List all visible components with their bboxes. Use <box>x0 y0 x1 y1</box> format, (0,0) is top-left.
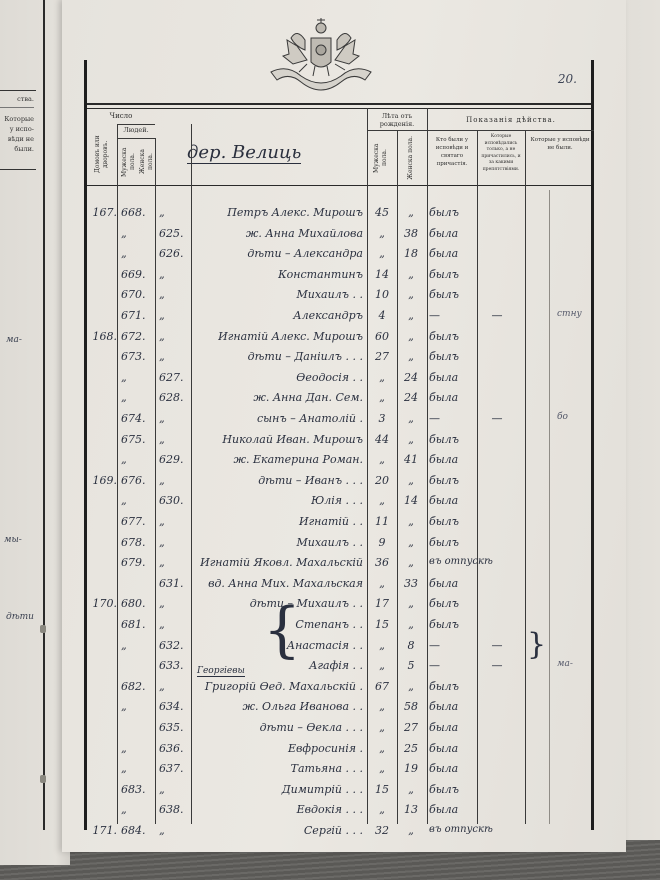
header-col-age-male-label: Мужеска пола. <box>373 136 389 180</box>
age-male: „ <box>371 803 393 816</box>
house-number: 170. <box>87 597 117 610</box>
female-count: „ <box>159 824 191 837</box>
table-row: 168.672.„Игнатій Алекс. Мирошъ60„былъ <box>87 330 597 350</box>
age-male: 4 <box>371 309 393 322</box>
age-female: „ <box>399 783 423 796</box>
age-male: „ <box>371 762 393 775</box>
female-count: „ <box>159 474 191 487</box>
confession-status: былъ <box>425 268 477 281</box>
age-female: „ <box>399 618 423 631</box>
confession-status: была <box>425 247 477 260</box>
male-count: 668. <box>121 206 155 219</box>
age-female: „ <box>399 433 423 446</box>
table-row: 674.„сынъ – Анатолій .3„——бо <box>87 412 597 432</box>
table-row: 171.684.„Сергій . . .32„въ отпускѣ <box>87 824 597 844</box>
male-count: 672. <box>121 330 155 343</box>
age-female: 19 <box>399 762 423 775</box>
table-row: 170.680.„дѣти – Михаилъ . .17„былъ <box>87 597 597 617</box>
person-name: Игнатій . . <box>191 515 367 528</box>
age-male: „ <box>371 453 393 466</box>
age-male: „ <box>371 391 393 404</box>
male-count: „ <box>121 742 155 755</box>
header-col-male-label: Мужеска пола. <box>121 142 137 182</box>
house-number: 168. <box>87 330 117 343</box>
age-female: „ <box>399 680 423 693</box>
confession-status: была <box>425 371 477 384</box>
header-divider <box>427 130 594 131</box>
confession-status: была <box>425 803 477 816</box>
female-count: „ <box>159 536 191 549</box>
female-count: 633. <box>159 659 191 672</box>
age-male: „ <box>371 700 393 713</box>
age-female: 58 <box>399 700 423 713</box>
person-name: Димитрій . . . <box>191 783 367 796</box>
age-female: 24 <box>399 391 423 404</box>
female-count: „ <box>159 680 191 693</box>
age-male: „ <box>371 721 393 734</box>
age-female: 14 <box>399 494 423 507</box>
table-row: 167.668.„Петръ Алекс. Мирошъ45„былъ <box>87 206 597 226</box>
table-row: „634.ж. Ольга Иванова . .„58была <box>87 700 597 720</box>
person-name: ж. Анна Дан. Сем. <box>191 391 367 404</box>
female-count: 626. <box>159 247 191 260</box>
age-female: „ <box>399 556 423 569</box>
female-count: „ <box>159 412 191 425</box>
age-female: „ <box>399 824 423 837</box>
female-count: „ <box>159 433 191 446</box>
header-people-group: Людей. <box>117 126 155 134</box>
person-name: Александръ <box>191 309 367 322</box>
age-male: „ <box>371 371 393 384</box>
age-female: 18 <box>399 247 423 260</box>
confession-status: былъ <box>425 433 477 446</box>
person-name: вд. Анна Мих. Махальская <box>191 577 367 590</box>
male-count: 673. <box>121 350 155 363</box>
confession-status: была <box>425 721 477 734</box>
table-row: 169.676.„дѣти – Иванъ . . .20„былъ <box>87 474 597 494</box>
confession-status: былъ <box>425 206 477 219</box>
male-count: „ <box>121 639 155 652</box>
age-female: 8 <box>399 639 423 652</box>
house-number: 169. <box>87 474 117 487</box>
male-count: 671. <box>121 309 155 322</box>
female-count: „ <box>159 206 191 219</box>
page-number: 20. <box>558 72 577 86</box>
previous-header-column: Которые у испо- вѣди не были. <box>0 108 34 154</box>
table-row: 631.вд. Анна Мих. Махальская„33была <box>87 577 597 597</box>
age-female: „ <box>399 350 423 363</box>
person-name: дѣти – Даніилъ . . . <box>191 350 367 363</box>
confession-status: былъ <box>425 350 477 363</box>
confession-status: — <box>425 309 477 322</box>
house-number: 167. <box>87 206 117 219</box>
male-count: „ <box>121 391 155 404</box>
village-title: дер. Велиць <box>187 142 301 164</box>
header-col-female: Женска пола. <box>139 142 153 182</box>
header-col-age-female: Женска пола. <box>401 136 421 180</box>
female-count: „ <box>159 268 191 281</box>
male-count: 674. <box>121 412 155 425</box>
header-action-group: Показанія дѣйства. <box>429 116 593 124</box>
age-male: 3 <box>371 412 393 425</box>
age-male: „ <box>371 227 393 240</box>
table-row: 633.Агафія . .„5——ма- <box>87 659 597 679</box>
person-name: Константинъ <box>191 268 367 281</box>
person-name: Игнатій Яковл. Махальскій <box>191 556 367 569</box>
age-male: 20 <box>371 474 393 487</box>
table-row: „638.Евдокія . . .„13была <box>87 803 597 823</box>
confession-status: — <box>425 412 477 425</box>
person-name: ж. Ольга Иванова . . <box>191 700 367 713</box>
female-count: 635. <box>159 721 191 734</box>
female-count: 632. <box>159 639 191 652</box>
person-name: ж. Анна Михайлова <box>191 227 367 240</box>
female-count: „ <box>159 556 191 569</box>
person-name: Юлія . . . <box>191 494 367 507</box>
table-row: 682.„Григорій Өед. Махальскій .67„былъ <box>87 680 597 700</box>
confession-status: былъ <box>425 597 477 610</box>
age-male: „ <box>371 639 393 652</box>
previous-page-note: мы- <box>4 535 22 545</box>
confession-status: въ отпускѣ <box>425 824 477 835</box>
table-row: „636.Евфросинія .„25была <box>87 742 597 762</box>
male-count: 675. <box>121 433 155 446</box>
age-male: „ <box>371 659 393 672</box>
header-age-group: Лѣта отъ рожденія. <box>367 112 427 128</box>
table-row: 679.„Игнатій Яковл. Махальскій36„въ отпу… <box>87 556 597 576</box>
header-col-house-label: Домовъ или дворовъ. <box>94 128 110 180</box>
age-male: „ <box>371 247 393 260</box>
previous-header-fragment: ства. <box>0 91 34 108</box>
header-col-not-confessed: Которые у исповѣди не были. <box>529 136 591 152</box>
age-female: „ <box>399 474 423 487</box>
person-name: Петръ Алекс. Мирошъ <box>191 206 367 219</box>
female-count: 630. <box>159 494 191 507</box>
confessed-only-note: — <box>479 412 515 425</box>
age-male: 9 <box>371 536 393 549</box>
age-female: „ <box>399 597 423 610</box>
table-row: „628.ж. Анна Дан. Сем.„24была <box>87 391 597 411</box>
bracket-surname: Георгіевы <box>197 666 245 677</box>
female-count: 638. <box>159 803 191 816</box>
age-male: 60 <box>371 330 393 343</box>
confession-status: была <box>425 762 477 775</box>
previous-page-edge: ства. Которые у испо- вѣди не были. ма- … <box>0 0 70 865</box>
confession-status: была <box>425 453 477 466</box>
header-divider <box>117 124 155 125</box>
header-divider <box>117 138 155 139</box>
female-count: 629. <box>159 453 191 466</box>
age-female: 38 <box>399 227 423 240</box>
register-table-frame: 20. Число Людей. Домовъ или дворовъ. Муж… <box>84 60 594 830</box>
confession-status: была <box>425 742 477 755</box>
age-male: 15 <box>371 783 393 796</box>
previous-page-note: ма- <box>6 335 22 345</box>
age-male: „ <box>371 742 393 755</box>
header-col-confessed: Кто были у исповѣди и святаго причастія. <box>429 136 475 168</box>
table-row: 683.„Димитрій . . .15„былъ <box>87 783 597 803</box>
margin-note: бо <box>557 412 568 422</box>
person-name: дѣти – Иванъ . . . <box>191 474 367 487</box>
female-count: „ <box>159 330 191 343</box>
person-name: Евфросинія . <box>191 742 367 755</box>
age-male: 17 <box>371 597 393 610</box>
male-count: 681. <box>121 618 155 631</box>
person-name: дѣти – Александра <box>191 247 367 260</box>
age-female: „ <box>399 268 423 281</box>
female-count: „ <box>159 618 191 631</box>
brace-icon: } <box>527 630 546 660</box>
table-header: Число Людей. Домовъ или дворовъ. Мужеска… <box>87 108 591 186</box>
header-col-age-male: Мужеска пола. <box>371 136 391 180</box>
age-female: 41 <box>399 453 423 466</box>
header-col-house: Домовъ или дворовъ. <box>91 128 113 180</box>
table-row: 670.„Михаилъ . .10„былъ <box>87 288 597 308</box>
person-name: дѣти – Өекла . . . <box>191 721 367 734</box>
age-female: „ <box>399 515 423 528</box>
male-count: 679. <box>121 556 155 569</box>
person-name: Сергій . . . <box>191 824 367 837</box>
age-male: 45 <box>371 206 393 219</box>
age-female: „ <box>399 330 423 343</box>
confession-status: былъ <box>425 330 477 343</box>
person-name: Николай Иван. Мирошъ <box>191 433 367 446</box>
table-row: 671.„Александръ4„——стну <box>87 309 597 329</box>
table-row: 673.„дѣти – Даніилъ . . .27„былъ <box>87 350 597 370</box>
male-count: „ <box>121 494 155 507</box>
previous-page-header: ства. Которые у испо- вѣди не были. <box>0 90 36 170</box>
table-row: „627.Өеодосія . .„24была <box>87 371 597 391</box>
person-name: Григорій Өед. Махальскій . <box>191 680 367 693</box>
male-count: „ <box>121 803 155 816</box>
age-male: 32 <box>371 824 393 837</box>
confession-status: была <box>425 700 477 713</box>
age-male: 11 <box>371 515 393 528</box>
confession-status: былъ <box>425 618 477 631</box>
age-female: 27 <box>399 721 423 734</box>
female-count: 631. <box>159 577 191 590</box>
female-count: 627. <box>159 371 191 384</box>
person-name: Татьяна . . . <box>191 762 367 775</box>
male-count: 682. <box>121 680 155 693</box>
age-male: 10 <box>371 288 393 301</box>
age-female: 13 <box>399 803 423 816</box>
table-row: „630.Юлія . . .„14была <box>87 494 597 514</box>
header-col-male: Мужеска пола. <box>121 142 135 182</box>
confessed-only-note: — <box>479 639 515 652</box>
previous-page-note: дѣти <box>6 612 34 622</box>
binding-stitch-icon <box>40 625 46 633</box>
age-male: 14 <box>371 268 393 281</box>
table-row: 678.„Михаилъ . .9„былъ <box>87 536 597 556</box>
confession-status: была <box>425 577 477 590</box>
age-female: 25 <box>399 742 423 755</box>
previous-page-rule <box>43 0 45 830</box>
age-male: 36 <box>371 556 393 569</box>
age-female: „ <box>399 536 423 549</box>
female-count: „ <box>159 350 191 363</box>
header-double-rule <box>87 103 591 105</box>
age-male: 15 <box>371 618 393 631</box>
table-row: 635.дѣти – Өекла . . .„27была <box>87 721 597 741</box>
table-row: 681.„Степанъ . .15„былъ <box>87 618 597 638</box>
margin-note: стну <box>557 309 582 319</box>
table-row: „637.Татьяна . . .„19была <box>87 762 597 782</box>
header-col-female-label: Женска пола. <box>139 142 155 182</box>
confession-status: была <box>425 391 477 404</box>
female-count: 628. <box>159 391 191 404</box>
header-col-age-female-label: Женска пола. <box>407 136 415 180</box>
confession-status: былъ <box>425 515 477 528</box>
male-count: „ <box>121 453 155 466</box>
confession-status: былъ <box>425 680 477 693</box>
male-count: „ <box>121 762 155 775</box>
table-row: „625.ж. Анна Михайлова„38была <box>87 227 597 247</box>
brace-icon: { <box>263 600 301 660</box>
age-male: „ <box>371 494 393 507</box>
female-count: „ <box>159 288 191 301</box>
person-name: Өеодосія . . <box>191 371 367 384</box>
register-page: 20. Число Людей. Домовъ или дворовъ. Муж… <box>62 0 626 852</box>
male-count: „ <box>121 247 155 260</box>
header-number-group: Число <box>87 112 155 120</box>
confession-status: — <box>425 639 477 652</box>
person-name: Игнатій Алекс. Мирошъ <box>191 330 367 343</box>
age-female: „ <box>399 309 423 322</box>
confession-status: былъ <box>425 536 477 549</box>
male-count: 680. <box>121 597 155 610</box>
person-name: Михаилъ . . <box>191 288 367 301</box>
confession-status: — <box>425 659 477 672</box>
confession-status: былъ <box>425 288 477 301</box>
age-male: „ <box>371 577 393 590</box>
age-female: „ <box>399 288 423 301</box>
female-count: 637. <box>159 762 191 775</box>
male-count: 683. <box>121 783 155 796</box>
age-male: 44 <box>371 433 393 446</box>
age-female: 33 <box>399 577 423 590</box>
person-name: Михаилъ . . <box>191 536 367 549</box>
person-name: ж. Екатерина Роман. <box>191 453 367 466</box>
table-row: 669.„Константинъ14„былъ <box>87 268 597 288</box>
confessed-only-note: — <box>479 659 515 672</box>
table-row: „626.дѣти – Александра„18была <box>87 247 597 267</box>
header-col-confessed-only: Которые исповѣдались только, а не причас… <box>479 134 523 173</box>
male-count: „ <box>121 700 155 713</box>
binding-stitch-icon <box>40 775 46 783</box>
table-row: 677.„Игнатій . .11„былъ <box>87 515 597 535</box>
person-name: Евдокія . . . <box>191 803 367 816</box>
person-name: сынъ – Анатолій . <box>191 412 367 425</box>
male-count: 677. <box>121 515 155 528</box>
confession-status: въ отпускѣ <box>425 556 477 567</box>
age-female: 5 <box>399 659 423 672</box>
age-female: „ <box>399 412 423 425</box>
male-count: „ <box>121 227 155 240</box>
female-count: 636. <box>159 742 191 755</box>
margin-note: ма- <box>557 659 573 669</box>
age-male: 27 <box>371 350 393 363</box>
male-count: 684. <box>121 824 155 837</box>
female-count: 625. <box>159 227 191 240</box>
female-count: „ <box>159 783 191 796</box>
male-count: 670. <box>121 288 155 301</box>
house-number: 171. <box>87 824 117 837</box>
age-female: „ <box>399 206 423 219</box>
confession-status: былъ <box>425 474 477 487</box>
confession-status: была <box>425 227 477 240</box>
table-row: „632.Анастасія . .„8—— <box>87 639 597 659</box>
male-count: 669. <box>121 268 155 281</box>
male-count: 676. <box>121 474 155 487</box>
table-row: 675.„Николай Иван. Мирошъ44„былъ <box>87 433 597 453</box>
female-count: „ <box>159 597 191 610</box>
male-count: „ <box>121 371 155 384</box>
table-row: „629.ж. Екатерина Роман.„41была <box>87 453 597 473</box>
age-female: 24 <box>399 371 423 384</box>
female-count: „ <box>159 309 191 322</box>
double-headed-eagle-icon <box>267 10 375 98</box>
confession-status: былъ <box>425 783 477 796</box>
confession-status: была <box>425 494 477 507</box>
male-count: 678. <box>121 536 155 549</box>
female-count: „ <box>159 515 191 528</box>
age-male: 67 <box>371 680 393 693</box>
female-count: 634. <box>159 700 191 713</box>
confessed-only-note: — <box>479 309 515 322</box>
